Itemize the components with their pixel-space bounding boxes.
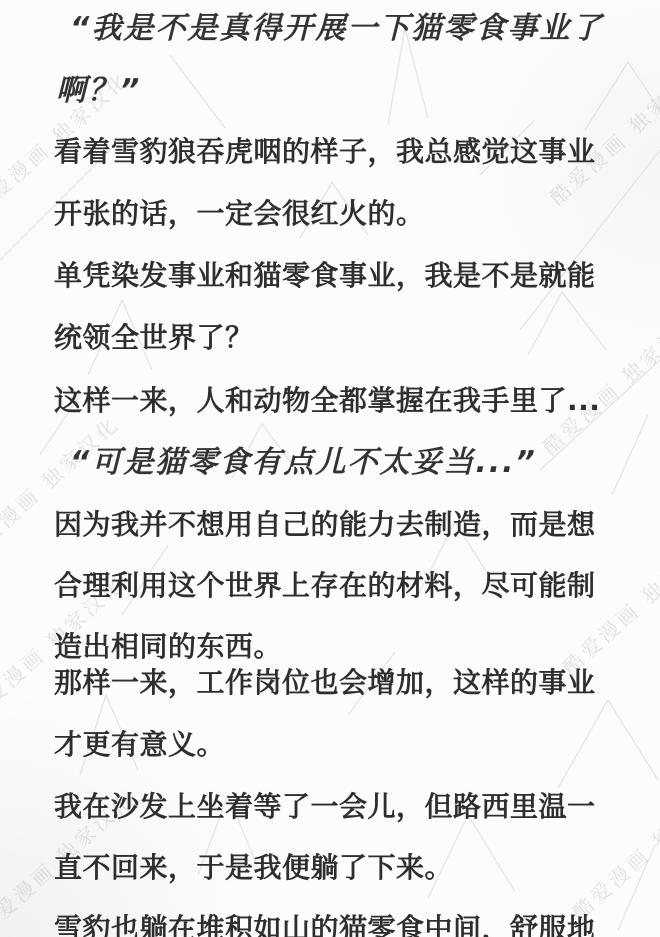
text-line: 因为我并不想用自己的能力去制造，而是想 — [54, 510, 596, 541]
text-content: “我是不是真得开展一下猫零食事业了啊？”看着雪豹狼吞虎咽的样子，我总感觉这事业开… — [0, 0, 660, 937]
text-line: 啊？” — [56, 74, 141, 107]
text-line: 合理利用这个世界上存在的材料，尽可能制 — [54, 571, 596, 602]
text-line: “我是不是真得开展一下猫零食事业了 — [70, 12, 603, 45]
text-line: 才更有意义。 — [54, 730, 225, 761]
text-line: 开张的话，一定会很红火的。 — [54, 199, 425, 230]
text-line: 单凭染发事业和猫零食事业，我是不是就能 — [54, 261, 596, 292]
text-line: 雪豹也躺在堆积如山的猫零食中间，舒服地 — [54, 914, 596, 937]
text-line: 这样一来，人和动物全都掌握在我手里了... — [54, 386, 600, 417]
novel-reader-page: 酷爱漫画 独家汉化酷爱漫画 独家汉化酷爱漫画 独家汉化酷爱漫画 独家汉化酷爱漫画… — [0, 0, 660, 937]
text-line: 看着雪豹狼吞虎咽的样子，我总感觉这事业 — [54, 137, 596, 168]
text-line: 那样一来，工作岗位也会增加，这样的事业 — [54, 668, 596, 699]
text-line: 我在沙发上坐着等了一会儿，但路西里温一 — [54, 792, 596, 823]
text-line: 统领全世界了？ — [54, 323, 254, 354]
text-line: “可是猫零食有点儿不太妥当...” — [70, 446, 537, 479]
text-line: 造出相同的东西。 — [54, 632, 282, 663]
text-line: 直不回来，于是我便躺了下来。 — [54, 853, 453, 884]
